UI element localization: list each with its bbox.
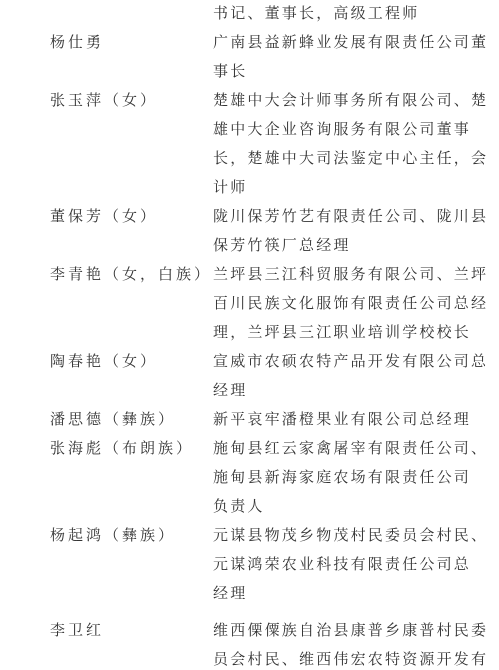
- list-item: 陶春艳（女） 宣威市农硕农特产品开发有限公司总 经理: [50, 348, 499, 406]
- position-line: 负责人: [213, 493, 488, 522]
- position-line: 经理: [213, 580, 488, 609]
- position-line: 维西傈僳族自治县康普乡康普村民委: [213, 617, 488, 646]
- position-lines: 维西傈僳族自治县康普乡康普村民委 员会村民、维西伟宏农特资源开发有: [213, 617, 488, 670]
- position-line: 施甸县红云家禽屠宰有限责任公司、: [213, 435, 488, 464]
- person-name: 杨仕勇: [50, 29, 213, 58]
- list-item: 李卫红 维西傈僳族自治县康普乡康普村民委 员会村民、维西伟宏农特资源开发有: [50, 617, 499, 670]
- position-line: 新平哀牢潘橙果业有限公司总经理: [213, 406, 471, 435]
- position-lines: 兰坪县三江科贸服务有限公司、兰坪 百川民族文化服饰有限责任公司总经 理，兰坪县三…: [213, 261, 488, 348]
- person-name: 杨起鸿（彝族）: [50, 522, 213, 551]
- position-line: 元谋县物茂乡物茂村民委员会村民、: [213, 522, 488, 551]
- position-lines: 新平哀牢潘橙果业有限公司总经理: [213, 406, 471, 435]
- name-position-list-page: 书记、董事长，高级工程师 杨仕勇 广南县益新蜂业发展有限责任公司董 事长 张玉萍…: [0, 0, 499, 670]
- position-lines: 广南县益新蜂业发展有限责任公司董 事长: [213, 29, 488, 87]
- person-name: 张海彪（布朗族）: [50, 435, 213, 464]
- position-lines: 楚雄中大会计师事务所有限公司、楚 雄中大企业咨询服务有限公司董事 长，楚雄中大司…: [213, 87, 488, 203]
- list-item: 张海彪（布朗族） 施甸县红云家禽屠宰有限责任公司、 施甸县新海家庭农场有限责任公…: [50, 435, 499, 522]
- position-line: 书记、董事长，高级工程师: [213, 0, 419, 29]
- person-name: 董保芳（女）: [50, 203, 213, 232]
- position-line: 经理: [213, 377, 488, 406]
- list-item: 张玉萍（女） 楚雄中大会计师事务所有限公司、楚 雄中大企业咨询服务有限公司董事 …: [50, 87, 499, 203]
- position-line: 员会村民、维西伟宏农特资源开发有: [213, 646, 488, 670]
- person-name: 李卫红: [50, 617, 213, 646]
- position-line: 元谋鸿荣农业科技有限责任公司总: [213, 551, 488, 580]
- position-line: 楚雄中大会计师事务所有限公司、楚: [213, 87, 488, 116]
- person-name: 张玉萍（女）: [50, 87, 213, 116]
- list-item: 杨起鸿（彝族） 元谋县物茂乡物茂村民委员会村民、 元谋鸿荣农业科技有限责任公司总…: [50, 522, 499, 609]
- position-line: 广南县益新蜂业发展有限责任公司董: [213, 29, 488, 58]
- position-line: 兰坪县三江科贸服务有限公司、兰坪: [213, 261, 488, 290]
- list-item: 李青艳（女，白族） 兰坪县三江科贸服务有限公司、兰坪 百川民族文化服饰有限责任公…: [50, 261, 499, 348]
- position-lines: 书记、董事长，高级工程师: [213, 0, 419, 29]
- list-item: 杨仕勇 广南县益新蜂业发展有限责任公司董 事长: [50, 29, 499, 87]
- position-line: 雄中大企业咨询服务有限公司董事: [213, 116, 488, 145]
- position-line: 百川民族文化服饰有限责任公司总经: [213, 290, 488, 319]
- list-item: 书记、董事长，高级工程师: [50, 0, 499, 29]
- position-line: 保芳竹筷厂总经理: [213, 232, 488, 261]
- position-line: 计师: [213, 174, 488, 203]
- position-line: 陇川保芳竹艺有限责任公司、陇川县: [213, 203, 488, 232]
- position-line: 施甸县新海家庭农场有限责任公司: [213, 464, 488, 493]
- position-lines: 陇川保芳竹艺有限责任公司、陇川县 保芳竹筷厂总经理: [213, 203, 488, 261]
- position-lines: 施甸县红云家禽屠宰有限责任公司、 施甸县新海家庭农场有限责任公司 负责人: [213, 435, 488, 522]
- position-line: 理，兰坪县三江职业培训学校校长: [213, 319, 488, 348]
- position-lines: 元谋县物茂乡物茂村民委员会村民、 元谋鸿荣农业科技有限责任公司总 经理: [213, 522, 488, 609]
- position-line: 宣威市农硕农特产品开发有限公司总: [213, 348, 488, 377]
- list-item: 潘思德（彝族） 新平哀牢潘橙果业有限公司总经理: [50, 406, 499, 435]
- position-lines: 宣威市农硕农特产品开发有限公司总 经理: [213, 348, 488, 406]
- position-line: 长，楚雄中大司法鉴定中心主任，会: [213, 145, 488, 174]
- position-line: 事长: [213, 58, 488, 87]
- person-name: 李青艳（女，白族）: [50, 261, 213, 290]
- person-name: [50, 0, 213, 29]
- person-name: 陶春艳（女）: [50, 348, 213, 377]
- list-item: 董保芳（女） 陇川保芳竹艺有限责任公司、陇川县 保芳竹筷厂总经理: [50, 203, 499, 261]
- person-name: 潘思德（彝族）: [50, 406, 213, 435]
